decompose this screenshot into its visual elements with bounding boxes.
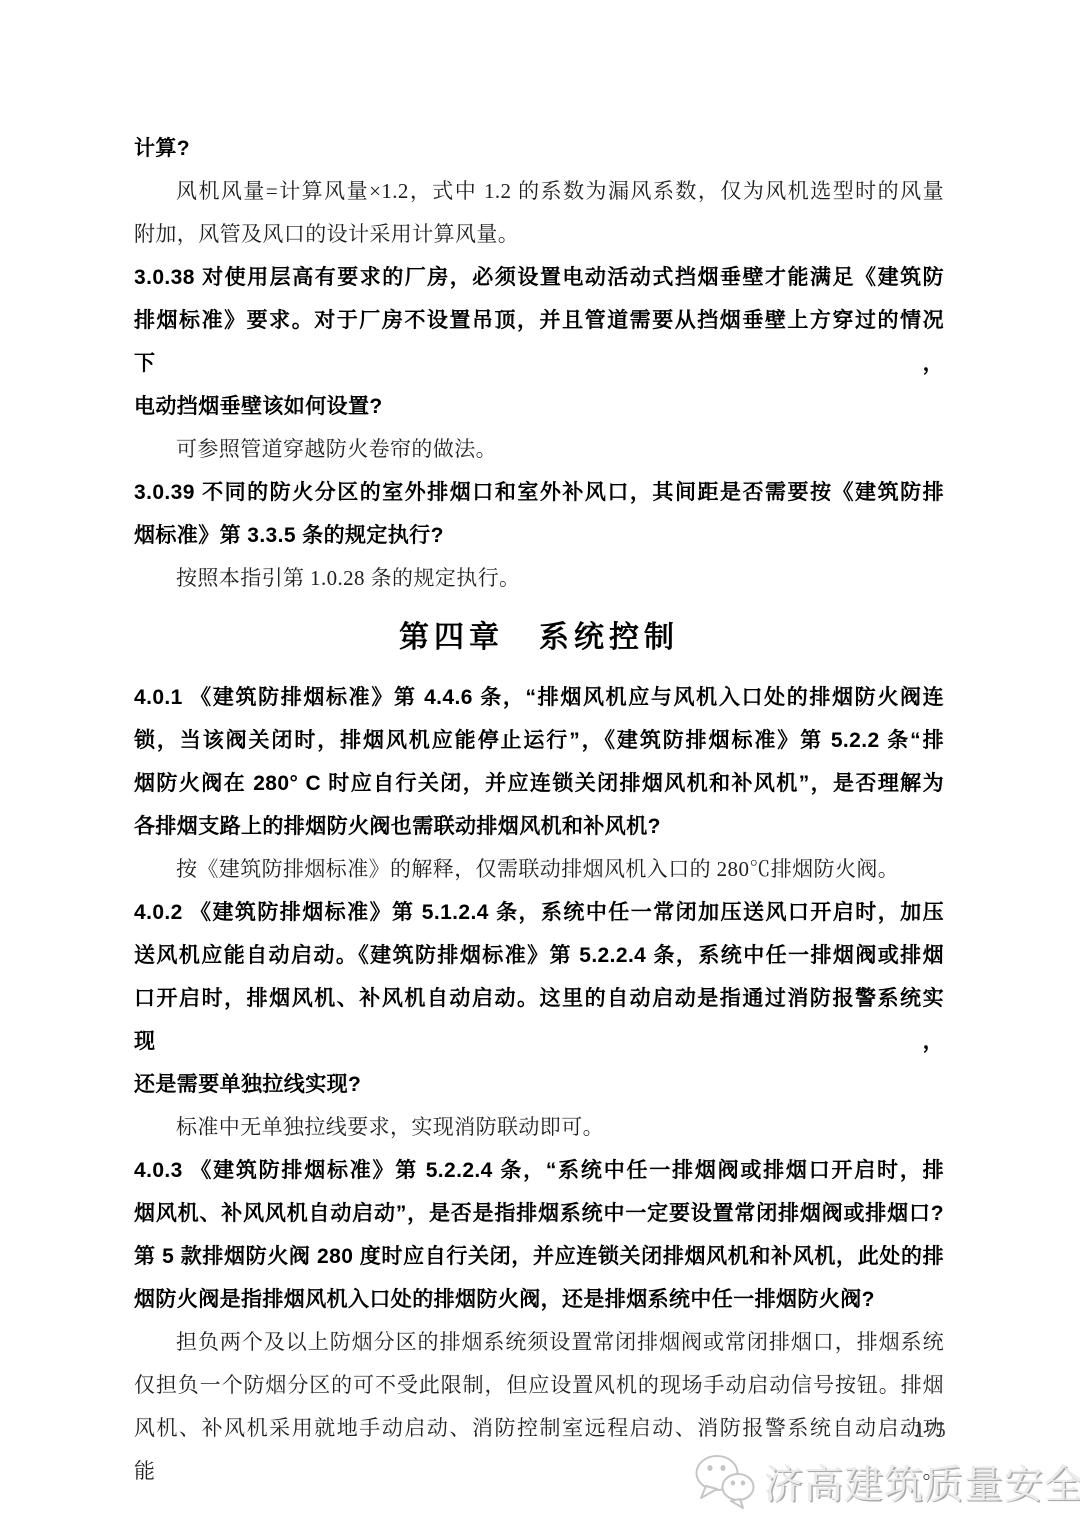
document-body: 计算?风机风量=计算风量×1.2，式中 1.2 的系数为漏风系数，仅为风机选型时…: [134, 127, 944, 1493]
text-line: 4.0.1 《建筑防排烟标准》第 4.4.6 条，“排烟风机应与风机入口处的排烟…: [134, 676, 944, 719]
text-line: 附加，风管及风口的设计采用计算风量。: [134, 213, 944, 256]
text-line: 烟标准》第 3.3.5 条的规定执行?: [134, 514, 944, 557]
text-line: 仅担负一个防烟分区的可不受此限制，但应设置风机的现场手动启动信号按钮。排烟: [134, 1364, 944, 1407]
text-line: 3.0.39 不同的防火分区的室外排烟口和室外补风口，其间距是否需要按《建筑防排: [134, 471, 944, 514]
text-line: 各排烟支路上的排烟防火阀也需联动排烟风机和补风机?: [134, 805, 944, 848]
text-line: 烟防火阀在 280° C 时应自行关闭，并应连锁关闭排烟风机和补风机”，是否理解…: [134, 762, 944, 805]
text-line: 烟防火阀是指排烟风机入口处的排烟防火阀，还是排烟系统中任一排烟防火阀?: [134, 1278, 944, 1321]
text-line: 锁，当该阀关闭时，排烟风机应能停止运行”，《建筑防排烟标准》第 5.2.2 条“…: [134, 719, 944, 762]
text-line: 还是需要单独拉线实现?: [134, 1063, 944, 1106]
text-line: 计算?: [134, 127, 944, 170]
text-line: 4.0.3 《建筑防排烟标准》第 5.2.2.4 条，“系统中任一排烟阀或排烟口…: [134, 1149, 944, 1192]
text-line: 送风机应能自动启动。《建筑防排烟标准》第 5.2.2.4 条，系统中任一排烟阀或…: [134, 934, 944, 977]
text-line: 可参照管道穿越防火卷帘的做法。: [134, 428, 944, 471]
text-line: 烟风机、补风风机自动启动”，是否是指排烟系统中一定要设置常闭排烟阀或排烟口?: [134, 1192, 944, 1235]
text-line: 3.0.38 对使用层高有要求的厂房，必须设置电动活动式挡烟垂壁才能满足《建筑防: [134, 256, 944, 299]
text-line: 担负两个及以上防烟分区的排烟系统须设置常闭排烟阀或常闭排烟口，排烟系统: [134, 1321, 944, 1364]
text-line: 排烟标准》要求。对于厂房不设置吊顶，并且管道需要从挡烟垂壁上方穿过的情况下，: [134, 299, 944, 385]
text-line: 电动挡烟垂壁该如何设置?: [134, 385, 944, 428]
text-line: 按照本指引第 1.0.28 条的规定执行。: [134, 557, 944, 600]
watermark-text: 济高建筑质量安全新高地: [764, 1454, 1080, 1510]
text-line: 按《建筑防排烟标准》的解释，仅需联动排烟风机入口的 280℃排烟防火阀。: [134, 848, 944, 891]
text-line: 4.0.2 《建筑防排烟标准》第 5.1.2.4 条，系统中任一常闭加压送风口开…: [134, 891, 944, 934]
watermark: 济高建筑质量安全新高地: [694, 1452, 1080, 1512]
chapter-heading: 第四章 系统控制: [134, 614, 944, 662]
text-line: 风机风量=计算风量×1.2，式中 1.2 的系数为漏风系数，仅为风机选型时的风量: [134, 170, 944, 213]
document-page: 计算?风机风量=计算风量×1.2，式中 1.2 的系数为漏风系数，仅为风机选型时…: [0, 0, 1080, 1527]
text-line: 第 5 款排烟防火阀 280 度时应自行关闭，并应连锁关闭排烟风机和补风机，此处…: [134, 1235, 944, 1278]
text-line: 口开启时，排烟风机、补风机自动启动。这里的自动启动是指通过消防报警系统实现，: [134, 977, 944, 1063]
text-line: 标准中无单独拉线要求，实现消防联动即可。: [134, 1106, 944, 1149]
wechat-icon: [694, 1452, 756, 1512]
page-number: 175: [888, 1418, 972, 1443]
